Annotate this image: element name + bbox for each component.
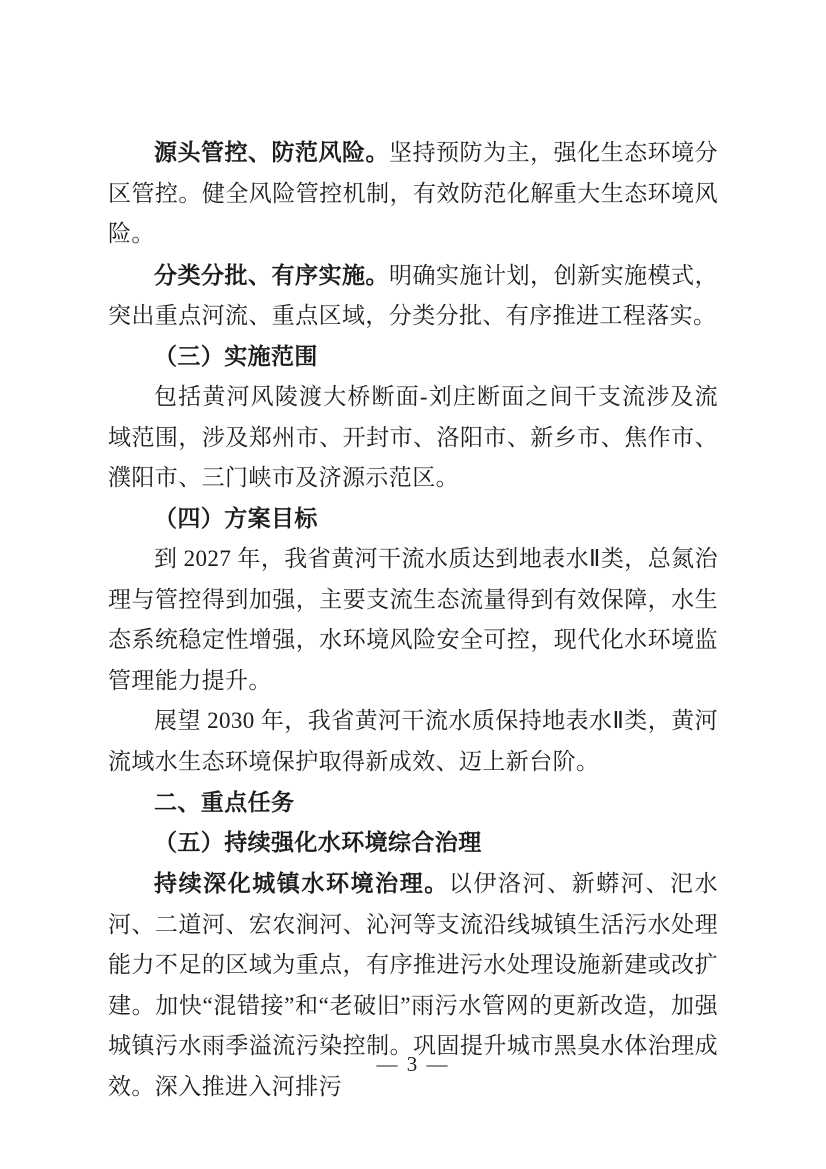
section-heading: （五）持续强化水环境综合治理 <box>108 823 718 864</box>
paragraph-text: （五）持续强化水环境综合治理 <box>154 830 482 855</box>
paragraph-text: 到 2027 年，我省黄河干流水质达到地表水Ⅱ类，总氮治理与管控得到加强，主要支… <box>108 546 718 693</box>
paragraph-lead-bold: 持续深化城镇水环境治理。 <box>154 870 449 896</box>
paragraph-text: （四）方案目标 <box>154 506 318 531</box>
paragraph: 展望 2030 年，我省黄河干流水质保持地表水Ⅱ类，黄河流域水生态环境保护取得新… <box>108 701 718 782</box>
document-page: 源头管控、防范风险。坚持预防为主，强化生态环境分区管控。健全风险管控机制，有效防… <box>0 0 826 1169</box>
section-heading: （四）方案目标 <box>108 499 718 540</box>
page-number: — 3 — <box>0 1052 826 1077</box>
paragraph: 分类分批、有序实施。明确实施计划，创新实施模式，突出重点河流、重点区域，分类分批… <box>108 255 718 337</box>
document-content: 源头管控、防范风险。坚持预防为主，强化生态环境分区管控。健全风险管控机制，有效防… <box>108 132 718 1107</box>
paragraph: 包括黄河风陵渡大桥断面-刘庄断面之间干支流涉及流域范围，涉及郑州市、开封市、洛阳… <box>108 377 718 499</box>
section-heading: （三）实施范围 <box>108 337 718 378</box>
paragraph-lead-bold: 分类分批、有序实施。 <box>154 262 389 288</box>
paragraph: 源头管控、防范风险。坚持预防为主，强化生态环境分区管控。健全风险管控机制，有效防… <box>108 132 718 255</box>
paragraph-text: 展望 2030 年，我省黄河干流水质保持地表水Ⅱ类，黄河流域水生态环境保护取得新… <box>108 708 718 774</box>
paragraph-text: 二、重点任务 <box>154 789 294 815</box>
section-heading: 二、重点任务 <box>108 782 718 823</box>
paragraph-lead-bold: 源头管控、防范风险。 <box>154 139 389 165</box>
paragraph-text: 包括黄河风陵渡大桥断面-刘庄断面之间干支流涉及流域范围，涉及郑州市、开封市、洛阳… <box>108 384 718 490</box>
paragraph-text: （三）实施范围 <box>154 344 318 369</box>
paragraph: 到 2027 年，我省黄河干流水质达到地表水Ⅱ类，总氮治理与管控得到加强，主要支… <box>108 539 718 701</box>
